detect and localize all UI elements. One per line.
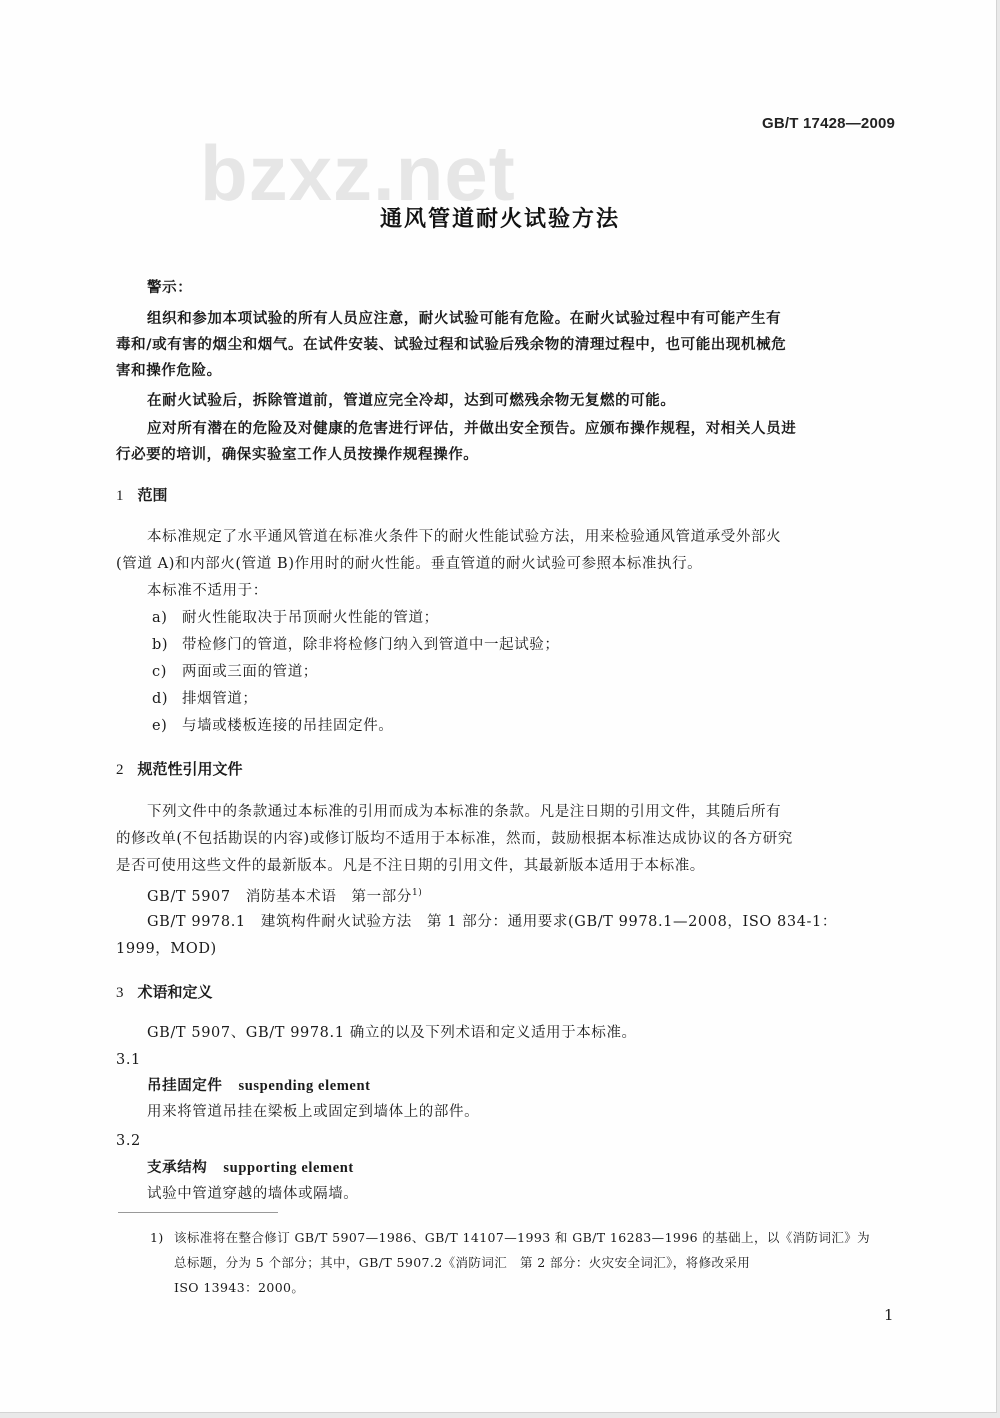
footnote-ref[interactable]: 1) (412, 888, 422, 898)
section-number: 3 (116, 985, 124, 1001)
term-3-1-name: 吊挂固定件suspending element (147, 1075, 371, 1097)
term-3-2-name: 支承结构supporting element (147, 1157, 354, 1179)
footnote-divider (118, 1212, 278, 1213)
warning-p2: 在耐火试验后，拆除管道前，管道应完全冷却，达到可燃残余物无复燃的可能。 (147, 390, 676, 412)
warning-p3-l1: 应对所有潜在的危险及对健康的危害进行评估，并做出安全预告。应颁布操作规程，对相关… (147, 418, 796, 440)
section-2-heading: 2规范性引用文件 (116, 758, 243, 779)
s3-intro: GB/T 5907、GB/T 9978.1 确立的以及下列术语和定义适用于本标准… (147, 1022, 637, 1044)
s2-para-l2: 的修改单(不包括勘误的内容)或修订版均不适用于本标准，然而，鼓励根据本标准达成协… (116, 828, 793, 850)
s1-para1-l1: 本标准规定了水平通风管道在标准火条件下的耐火性能试验方法，用来检验通风管道承受外… (147, 526, 781, 548)
footnote-l3: ISO 13943：2000。 (174, 1276, 304, 1299)
s2-ref-1: GB/T 5907 消防基本术语 第一部分1) (147, 882, 422, 908)
footnote-l1: 1)该标准将在整合修订 GB/T 5907—1986、GB/T 14107—19… (150, 1226, 870, 1249)
term-3-1-definition: 用来将管道吊挂在梁板上或固定到墙体上的部件。 (147, 1101, 479, 1123)
document-page: GB/T 17428—2009 bzxz.net 通风管道耐火试验方法 警示： … (0, 0, 997, 1413)
standard-code: GB/T 17428—2009 (762, 115, 895, 132)
term-3-2-definition: 试验中管道穿越的墙体或隔墙。 (147, 1183, 358, 1205)
s1-item-c: c)两面或三面的管道； (152, 661, 318, 683)
warning-p1-l2: 毒和/或有害的烟尘和烟气。在试件安装、试验过程和试验后残余物的清理过程中，也可能… (116, 334, 786, 356)
footnote-marker: 1) (150, 1226, 174, 1249)
section-number: 1 (116, 488, 124, 504)
term-3-1-number: 3.1 (116, 1049, 141, 1071)
s2-ref-2-cont: 1999，MOD) (116, 938, 217, 960)
s2-ref-2: GB/T 9978.1 建筑构件耐火试验方法 第 1 部分：通用要求(GB/T … (147, 911, 837, 933)
warning-p1-l1: 组织和参加本项试验的所有人员应注意，耐火试验可能有危险。在耐火试验过程中有可能产… (147, 308, 781, 330)
footnote-l2: 总标题，分为 5 个部分；其中，GB/T 5907.2《消防词汇 第 2 部分：… (174, 1251, 750, 1274)
s1-para2: 本标准不适用于： (147, 580, 268, 602)
s2-para-l1: 下列文件中的条款通过本标准的引用而成为本标准的条款。凡是注日期的引用文件，其随后… (147, 801, 781, 823)
s2-para-l3: 是否可使用这些文件的最新版本。凡是不注日期的引用文件，其最新版本适用于本标准。 (116, 855, 705, 877)
s1-item-d: d)排烟管道； (152, 688, 258, 710)
warning-p3-l2: 行必要的培训，确保实验室工作人员按操作规程操作。 (116, 444, 478, 466)
section-1-heading: 1范围 (116, 484, 168, 505)
warning-label: 警示： (147, 277, 192, 299)
s1-item-e: e)与墙或楼板连接的吊挂固定件。 (152, 715, 393, 737)
warning-p1-l3: 害和操作危险。 (116, 360, 222, 382)
s1-para1-l2: (管道 A)和内部火(管道 B)作用时的耐火性能。垂直管道的耐火试验可参照本标准… (116, 553, 702, 575)
section-title: 规范性引用文件 (138, 760, 243, 778)
s1-item-a: a)耐火性能取决于吊顶耐火性能的管道； (152, 607, 439, 629)
term-3-2-number: 3.2 (116, 1130, 141, 1152)
section-3-heading: 3术语和定义 (116, 981, 213, 1002)
section-title: 术语和定义 (138, 983, 213, 1001)
page-number: 1 (884, 1306, 894, 1324)
section-number: 2 (116, 762, 124, 778)
section-title: 范围 (138, 486, 168, 504)
s1-item-b: b)带检修门的管道，除非将检修门纳入到管道中一起试验； (152, 634, 560, 656)
document-title: 通风管道耐火试验方法 (380, 202, 620, 233)
